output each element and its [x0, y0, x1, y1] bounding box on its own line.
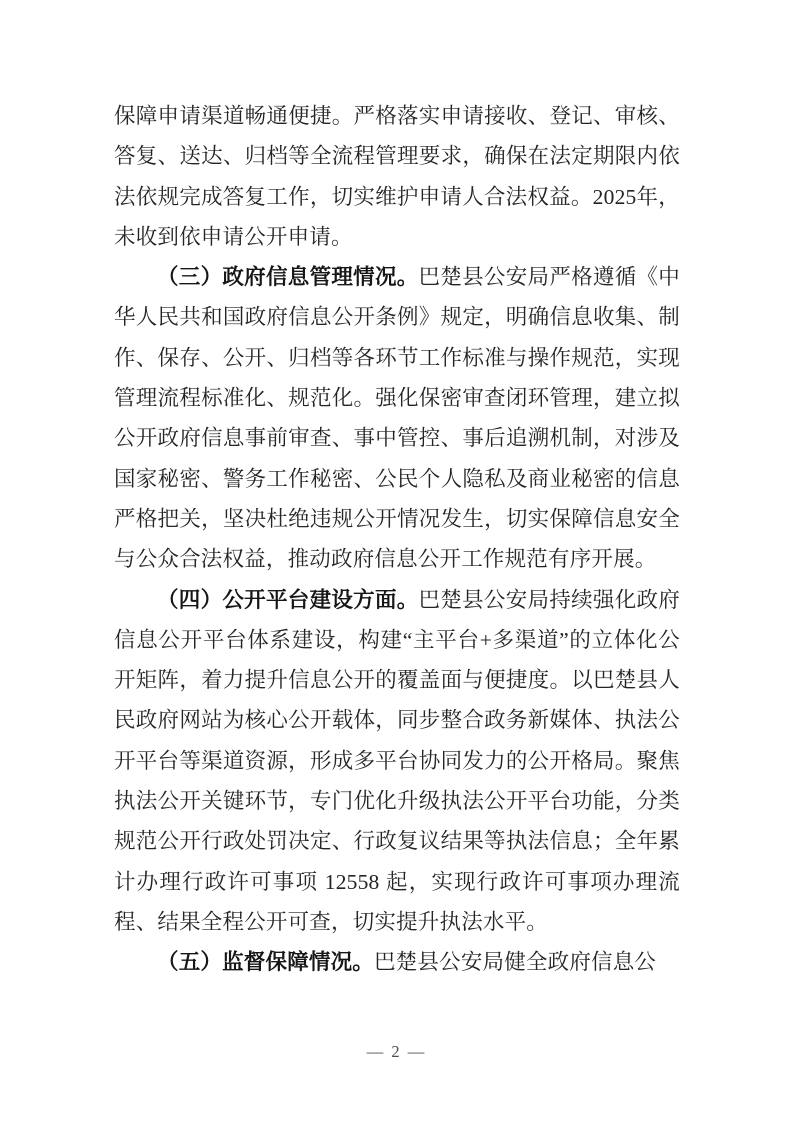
paragraph-text: 保障申请渠道畅通便捷。严格落实申请接收、登记、审核、答复、送达、归档等全流程管理…	[114, 104, 680, 249]
section-3-heading: （三）政府信息管理情况。	[157, 265, 419, 289]
paragraph-text: 巴楚县公安局持续强化政府信息公开平台体系建设，构建“主平台+多渠道”的立体化公开…	[114, 588, 680, 934]
document-page: 保障申请渠道畅通便捷。严格落实申请接收、登记、审核、答复、送达、归档等全流程管理…	[0, 0, 793, 1122]
paragraph-text: 巴楚县公安局严格遵循《中华人民共和国政府信息公开条例》规定，明确信息收集、制作、…	[114, 265, 680, 571]
paragraph-text: 巴楚县公安局健全政府信息公	[374, 950, 656, 974]
paragraph-section-5: （五）监督保障情况。巴楚县公安局健全政府信息公	[114, 942, 680, 982]
section-4-heading: （四）公开平台建设方面。	[157, 588, 419, 612]
paragraph-section-4: （四）公开平台建设方面。巴楚县公安局持续强化政府信息公开平台体系建设，构建“主平…	[114, 580, 680, 943]
paragraph-section-3: （三）政府信息管理情况。巴楚县公安局严格遵循《中华人民共和国政府信息公开条例》规…	[114, 257, 680, 579]
page-number: — 2 —	[0, 1042, 793, 1062]
paragraph-continuation: 保障申请渠道畅通便捷。严格落实申请接收、登记、审核、答复、送达、归档等全流程管理…	[114, 96, 680, 257]
document-text-block: 保障申请渠道畅通便捷。严格落实申请接收、登记、审核、答复、送达、归档等全流程管理…	[114, 96, 680, 983]
section-5-heading: （五）监督保障情况。	[157, 950, 374, 974]
